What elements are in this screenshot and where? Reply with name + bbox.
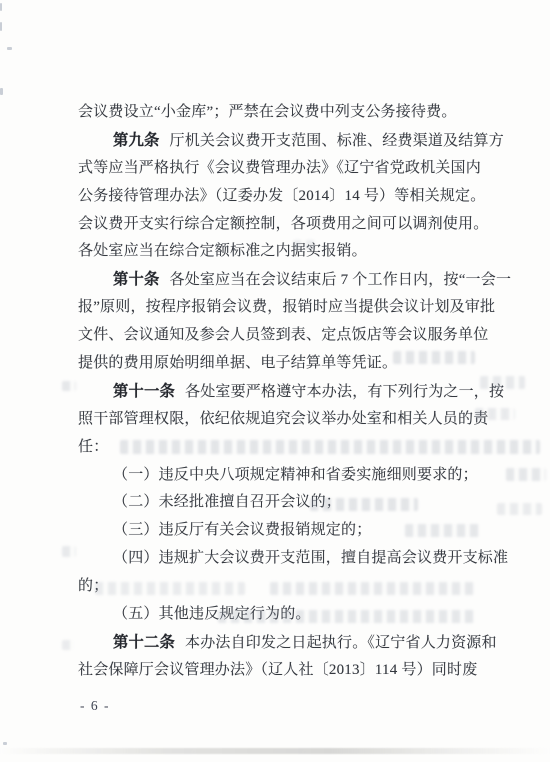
line-text: 提供的费用原始明细单据、电子结算单等凭证。	[78, 355, 397, 371]
article-number: 第十二条	[113, 634, 175, 651]
line-text: 各处室要严格遵守本办法，有下列行为之一，按	[185, 384, 504, 400]
text-line: 会议费设立“小金库”；严禁在会议费中列支公务接待费。	[78, 99, 488, 127]
bleed-through-artifact	[310, 498, 418, 511]
line-text: 社会保障厅会议管理办法》（辽人社〔2013〕114 号）同时废	[78, 662, 477, 678]
article-number: 第九条	[113, 132, 160, 149]
article-number: 第十条	[113, 271, 160, 288]
bleed-through-artifact	[95, 582, 245, 595]
line-text: （二）未经批准擅自召开会议的；	[113, 494, 341, 510]
text-line: 各处室应当在综合定额标准之内据实报销。	[78, 238, 488, 266]
line-text: 式等应当严格执行《会议费管理办法》《辽宁省党政机关国内	[78, 160, 481, 176]
scan-speck	[7, 47, 12, 50]
line-text: 各处室应当在会议结束后 7 个工作日内，按“一会一	[170, 272, 512, 288]
scan-shadow	[0, 748, 550, 754]
article-number: 第十一条	[113, 383, 175, 400]
text-line: 会议费开支实行综合定额控制，各项费用之间可以调剂使用。	[78, 211, 488, 239]
bleed-through-artifact	[480, 376, 525, 389]
scan-speck	[3, 742, 7, 745]
line-text: （四）违规扩大会议费开支范围，擅自提高会议费开支标准	[113, 550, 508, 566]
text-line: 报”原则，按程序报销会议费，报销时应当提供会议计划及审批	[78, 294, 488, 322]
line-text: 各处室应当在综合定额标准之内据实报销。	[78, 243, 367, 259]
text-line: （四）违规扩大会议费开支范围，擅自提高会议费开支标准	[78, 545, 488, 573]
line-text: 厅机关会议费开支范围、标准、经费渠道及结算方	[170, 133, 504, 149]
line-text: 本办法自印发之日起执行。《辽宁省人力资源和	[185, 635, 497, 651]
bleed-through-artifact	[62, 546, 76, 557]
line-text: 公务接待管理办法》（辽委办发〔2014〕14 号）等相关规定。	[78, 188, 485, 204]
text-line: 式等应当严格执行《会议费管理办法》《辽宁省党政机关国内	[78, 155, 488, 183]
text-line: 第九条厅机关会议费开支范围、标准、经费渠道及结算方	[78, 127, 488, 155]
line-text: （一）违反中央八项规定精神和省委实施细则要求的；	[113, 467, 478, 483]
page-number: - 6 -	[80, 698, 110, 714]
line-text: 文件、会议通知及参会人员签到表、定点饭店等会议服务单位	[78, 327, 488, 343]
scan-speck	[0, 22, 2, 31]
bleed-through-artifact	[62, 640, 74, 650]
bleed-through-artifact	[218, 610, 475, 623]
text-line: 第十一条各处室要严格遵守本办法，有下列行为之一，按	[78, 378, 488, 406]
text-line: （一）违反中央八项规定精神和省委实施细则要求的；	[78, 462, 488, 490]
text-line: （二）未经批准擅自召开会议的；	[78, 489, 488, 517]
scan-speck	[0, 88, 3, 95]
line-text: 报”原则，按程序报销会议费，报销时应当提供会议计划及审批	[78, 299, 495, 315]
line-text: 照干部管理权限，依纪依规追究会议举办处室和相关人员的责	[78, 411, 488, 427]
bleed-through-artifact	[120, 440, 540, 454]
bleed-through-artifact	[62, 381, 76, 391]
bleed-through-artifact	[393, 351, 475, 364]
text-line: 公务接待管理办法》（辽委办发〔2014〕14 号）等相关规定。	[78, 183, 488, 211]
text-line: 第十二条本办法自印发之日起执行。《辽宁省人力资源和	[78, 629, 488, 657]
line-text: （三）违反厅有关会议费报销规定的；	[113, 522, 371, 538]
bleed-through-artifact	[506, 468, 546, 481]
bleed-through-artifact	[270, 582, 475, 595]
document-body: 会议费设立“小金库”；严禁在会议费中列支公务接待费。第九条厅机关会议费开支范围、…	[78, 99, 488, 685]
bleed-through-artifact	[293, 240, 317, 250]
line-text: 会议费开支实行综合定额控制，各项费用之间可以调剂使用。	[78, 216, 488, 232]
line-text: 任：	[78, 439, 108, 455]
scan-speck	[0, 3, 2, 11]
line-text: 会议费设立“小金库”；严禁在会议费中列支公务接待费。	[78, 104, 457, 120]
bleed-through-artifact	[497, 503, 542, 515]
bleed-through-artifact	[405, 524, 480, 537]
text-line: 文件、会议通知及参会人员签到表、定点饭店等会议服务单位	[78, 322, 488, 350]
bleed-through-artifact	[475, 408, 515, 420]
text-line: 第十条各处室应当在会议结束后 7 个工作日内，按“一会一	[78, 266, 488, 294]
text-line: 社会保障厅会议管理办法》（辽人社〔2013〕114 号）同时废	[78, 657, 488, 685]
scanned-document-page: 会议费设立“小金库”；严禁在会议费中列支公务接待费。第九条厅机关会议费开支范围、…	[0, 0, 550, 762]
text-line: 照干部管理权限，依纪依规追究会议举办处室和相关人员的责	[78, 406, 488, 434]
